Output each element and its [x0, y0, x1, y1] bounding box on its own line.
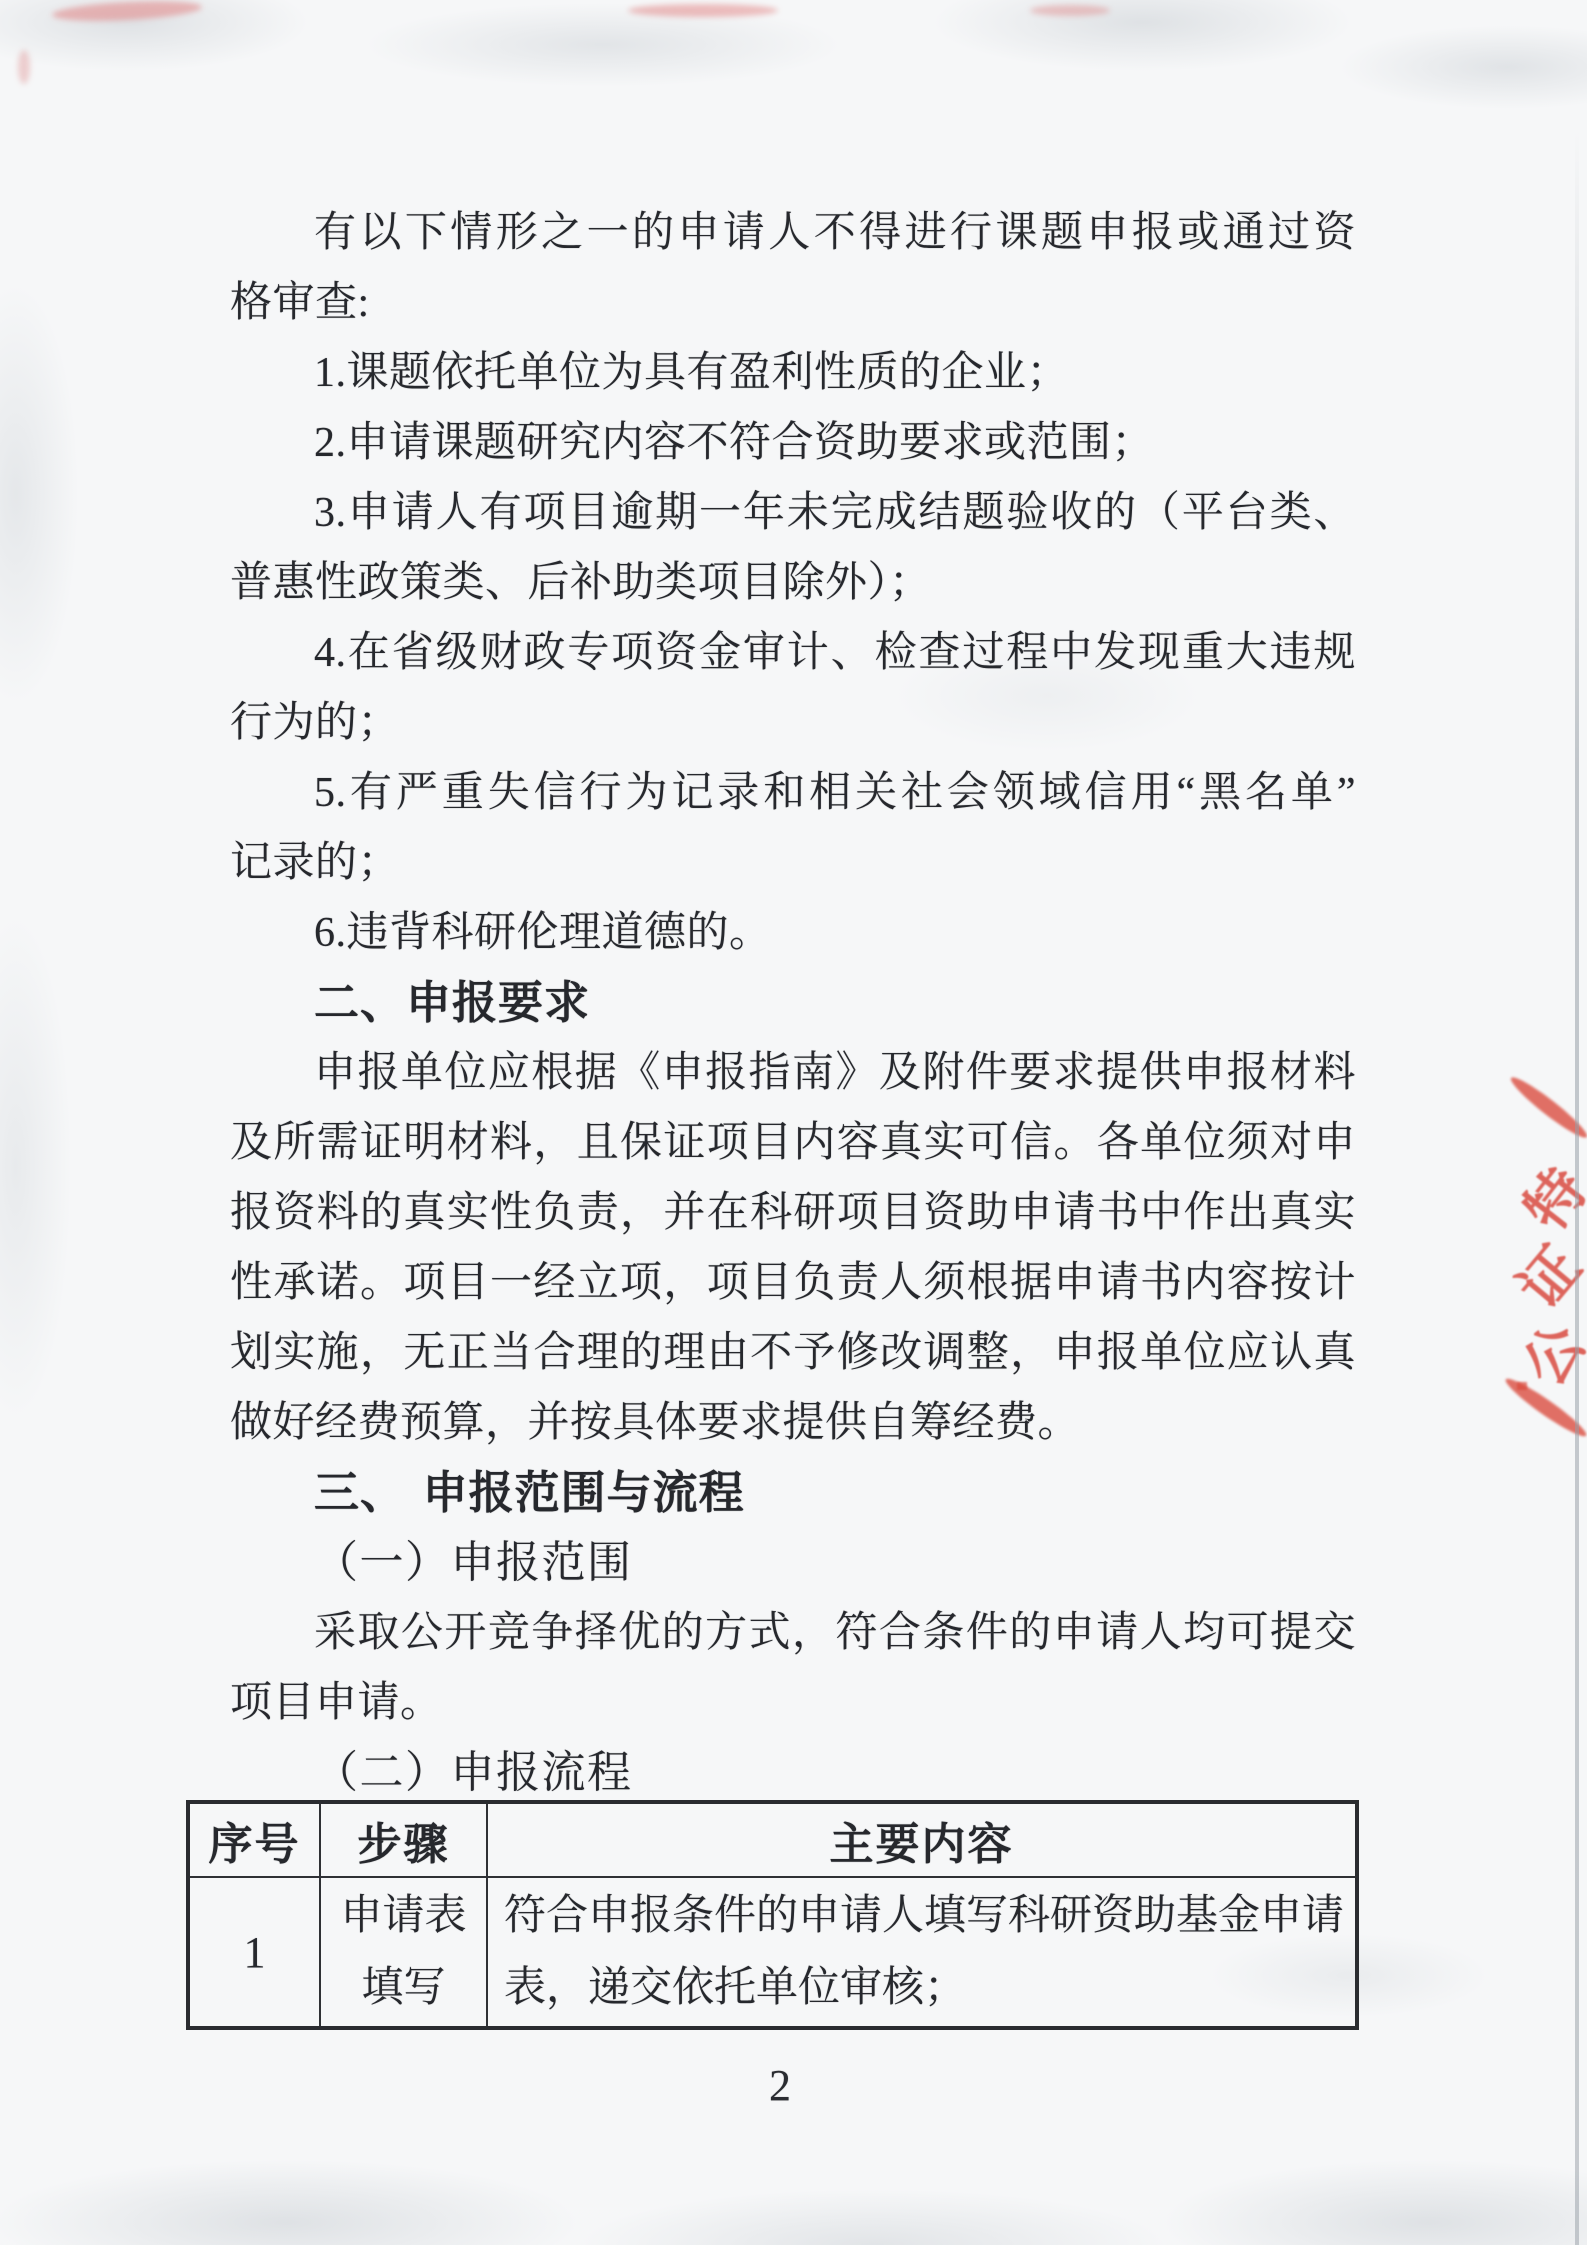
list-item: 2.申请课题研究内容不符合资助要求或范围； — [230, 408, 1356, 478]
stamp-border-stroke — [1502, 1373, 1587, 1441]
cell-main-content: 符合申报条件的申请人填写科研资助基金申请表，递交依托单位审核； — [487, 1877, 1357, 2028]
text-line: 划实施，无正当合理的理由不予修改调整，申报单位应认真 — [230, 1318, 1356, 1388]
text-line: 记录的； — [230, 828, 1356, 898]
stamp-glyph: 公 — [1499, 1304, 1587, 1400]
text-line: 报资料的真实性负责，并在科研项目资助申请书中作出真实 — [230, 1178, 1356, 1248]
text-line: 及所需证明材料，且保证项目内容真实可信。各单位须对申 — [230, 1108, 1356, 1178]
list-item: 5.有严重失信行为记录和相关社会领域信用“黑名单” — [230, 758, 1356, 828]
red-stamp: 特 证 公 — [1471, 1082, 1587, 1434]
table-row: 1 申请表填写 符合申报条件的申请人填写科研资助基金申请表，递交依托单位审核； — [188, 1877, 1357, 2028]
scan-red-smudge — [52, 0, 203, 24]
text-line: 格审查: — [230, 268, 1356, 338]
cell-row-number: 1 — [188, 1877, 320, 2028]
stamp-speck — [1517, 1382, 1527, 1390]
text-line: 性承诺。项目一经立项，项目负责人须根据申请书内容按计 — [230, 1248, 1356, 1318]
list-item: 1.课题依托单位为具有盈利性质的企业； — [230, 338, 1356, 408]
scan-red-smudge — [1030, 5, 1110, 16]
text-line: 行为的； — [230, 688, 1356, 758]
stamp-border-stroke — [1507, 1072, 1587, 1143]
subsection-heading-1: （一）申报范围 — [230, 1528, 1356, 1598]
list-item: 6.违背科研伦理道德的。 — [230, 898, 1356, 968]
application-process-table: 序号 步骤 主要内容 1 申请表填写 符合申报条件的申请人填写科研资助基金申请表… — [186, 1800, 1359, 2030]
list-item: 4.在省级财政专项资金审计、检查过程中发现重大违规 — [230, 618, 1356, 688]
scan-red-smudge — [18, 50, 30, 84]
column-header-step: 步骤 — [320, 1802, 487, 1877]
column-header-content: 主要内容 — [487, 1802, 1357, 1877]
stamp-glyph: 证 — [1495, 1225, 1587, 1323]
stamp-glyph: 特 — [1501, 1147, 1587, 1244]
text-line: 做好经费预算，并按具体要求提供自筹经费。 — [230, 1388, 1356, 1458]
table-header-row: 序号 步骤 主要内容 — [188, 1802, 1357, 1877]
cell-step: 申请表填写 — [320, 1877, 487, 2028]
scanned-document-page: 有以下情形之一的申请人不得进行课题申报或通过资 格审查: 1.课题依托单位为具有… — [0, 0, 1587, 2245]
list-item: 3.申请人有项目逾期一年未完成结题验收的（平台类、 — [230, 478, 1356, 548]
scan-edge-shadow — [1575, 130, 1579, 2245]
document-body: 有以下情形之一的申请人不得进行课题申报或通过资 格审查: 1.课题依托单位为具有… — [230, 198, 1356, 1808]
scan-red-smudge — [628, 4, 778, 17]
section-heading-3: 三、 申报范围与流程 — [230, 1458, 1356, 1528]
text-line: 普惠性政策类、后补助类项目除外）； — [230, 548, 1356, 618]
page-number: 2 — [0, 2060, 1560, 2111]
text-line: 申报单位应根据《申报指南》及附件要求提供申报材料 — [230, 1038, 1356, 1108]
column-header-number: 序号 — [188, 1802, 320, 1877]
section-heading-2: 二、申报要求 — [230, 968, 1356, 1038]
text-line: 项目申请。 — [230, 1668, 1356, 1738]
subsection-heading-2: （二）申报流程 — [230, 1738, 1356, 1808]
text-line: 有以下情形之一的申请人不得进行课题申报或通过资 — [230, 198, 1356, 268]
text-line: 采取公开竞争择优的方式，符合条件的申请人均可提交 — [230, 1598, 1356, 1668]
